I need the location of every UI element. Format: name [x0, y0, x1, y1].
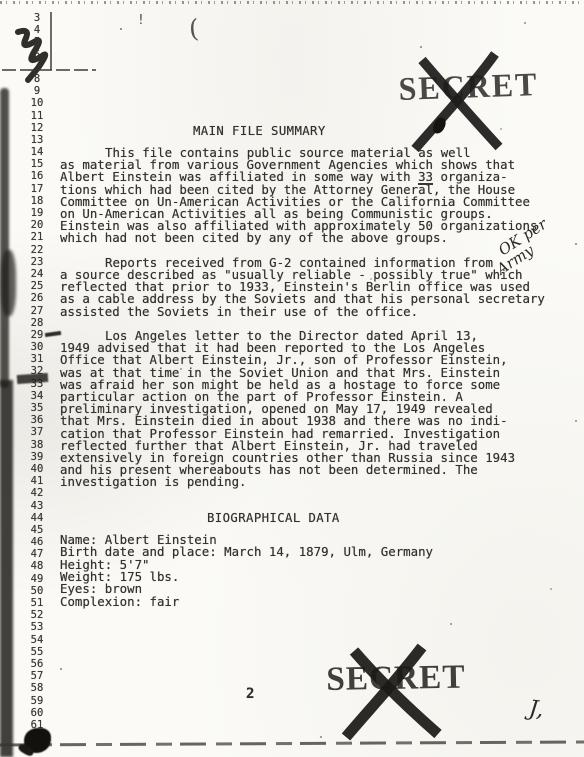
margin-line-number: 34 — [26, 390, 48, 402]
margin-line-number: 9 — [26, 85, 48, 97]
scan-noise-top-edge — [0, 1, 584, 4]
margin-line-number: 17 — [26, 183, 48, 195]
ink-blob-bottom-left — [24, 728, 51, 753]
scan-shadow-left-blob — [1, 250, 16, 316]
margin-line-number: 6 — [26, 49, 48, 61]
margin-line-number: 36 — [26, 414, 48, 426]
margin-line-number: 55 — [26, 646, 48, 658]
margin-line-number: 40 — [26, 463, 48, 475]
margin-line-number: 39 — [26, 451, 48, 463]
margin-line-number: 53 — [26, 621, 48, 633]
margin-line-number: 31 — [26, 353, 48, 365]
scan-shadow-left-upper — [0, 88, 9, 388]
margin-line-number: 51 — [26, 597, 48, 609]
margin-line-number: 56 — [26, 658, 48, 670]
stray-mark-exclamation: ! — [137, 13, 145, 28]
margin-corner-vertical-line — [50, 12, 52, 70]
margin-line-number: 49 — [26, 573, 48, 585]
margin-line-number: 37 — [26, 426, 48, 438]
margin-line-number: 5 — [26, 36, 48, 48]
margin-line-number: 57 — [26, 670, 48, 682]
margin-corner-horizontal-line — [2, 69, 96, 71]
summary-paragraph: Los Angeles letter to the Director dated… — [60, 330, 582, 489]
margin-line-number: 21 — [26, 231, 48, 243]
margin-line-number: 54 — [26, 634, 48, 646]
handwritten-mark-bottom-right: J, — [528, 696, 545, 722]
stray-mark-paren: ( — [188, 14, 200, 44]
margin-line-number: 45 — [26, 524, 48, 536]
margin-line-number: 50 — [26, 585, 48, 597]
bio-data-line: Complexion: fair — [60, 596, 500, 608]
bio-section-heading: BIOGRAPHICAL DATA — [207, 511, 340, 525]
margin-line-number: 25 — [26, 280, 48, 292]
margin-line-number: 11 — [26, 110, 48, 122]
margin-line-number: 30 — [26, 341, 48, 353]
margin-line-number: 48 — [26, 560, 48, 572]
margin-line-number: 59 — [26, 695, 48, 707]
document-title: MAIN FILE SUMMARY — [193, 124, 326, 138]
margin-line-number: 46 — [26, 536, 48, 548]
margin-line-number: 18 — [26, 195, 48, 207]
margin-line-number: 3 — [26, 12, 48, 24]
margin-line-number: 16 — [26, 170, 48, 182]
margin-line-number: 23 — [26, 256, 48, 268]
page-number: 2 — [246, 686, 254, 702]
bio-data-list: Name: Albert EinsteinBirth date and plac… — [60, 534, 500, 608]
scan-shadow-left-lower — [0, 380, 13, 757]
stray-dash-mark — [45, 331, 61, 337]
scanned-document-page: ! ( 345689101112131415161718192021222324… — [0, 0, 584, 757]
margin-line-number: 19 — [26, 207, 48, 219]
margin-line-number: 22 — [26, 244, 48, 256]
margin-line-number: 12 — [26, 122, 48, 134]
margin-line-number — [26, 61, 48, 73]
margin-line-number: 47 — [26, 548, 48, 560]
margin-line-number: 42 — [26, 487, 48, 499]
margin-line-number: 8 — [26, 73, 48, 85]
margin-line-number: 58 — [26, 682, 48, 694]
margin-line-number: 20 — [26, 219, 48, 231]
margin-line-number: 4 — [26, 24, 48, 36]
scan-noise-bottom-edge — [0, 740, 584, 746]
margin-line-number: 13 — [26, 134, 48, 146]
margin-line-number: 35 — [26, 402, 48, 414]
summary-paragraphs: This file contains public source materia… — [60, 147, 582, 501]
crossout-x-bottom — [340, 643, 452, 745]
margin-line-number: 60 — [26, 707, 48, 719]
summary-paragraph: This file contains public source materia… — [60, 147, 582, 245]
margin-line-number: 26 — [26, 292, 48, 304]
margin-line-number: 24 — [26, 268, 48, 280]
margin-line-number: 52 — [26, 609, 48, 621]
margin-line-number: 10 — [26, 97, 48, 109]
margin-line-number: 14 — [26, 146, 48, 158]
margin-line-number: 43 — [26, 500, 48, 512]
margin-line-number: 38 — [26, 439, 48, 451]
underline-mark-33 — [418, 183, 433, 185]
margin-line-number: 44 — [26, 512, 48, 524]
margin-line-number: 15 — [26, 158, 48, 170]
margin-line-number: 27 — [26, 305, 48, 317]
margin-line-number: 41 — [26, 475, 48, 487]
margin-line-number: 28 — [26, 317, 48, 329]
crossout-x-top — [406, 48, 514, 156]
